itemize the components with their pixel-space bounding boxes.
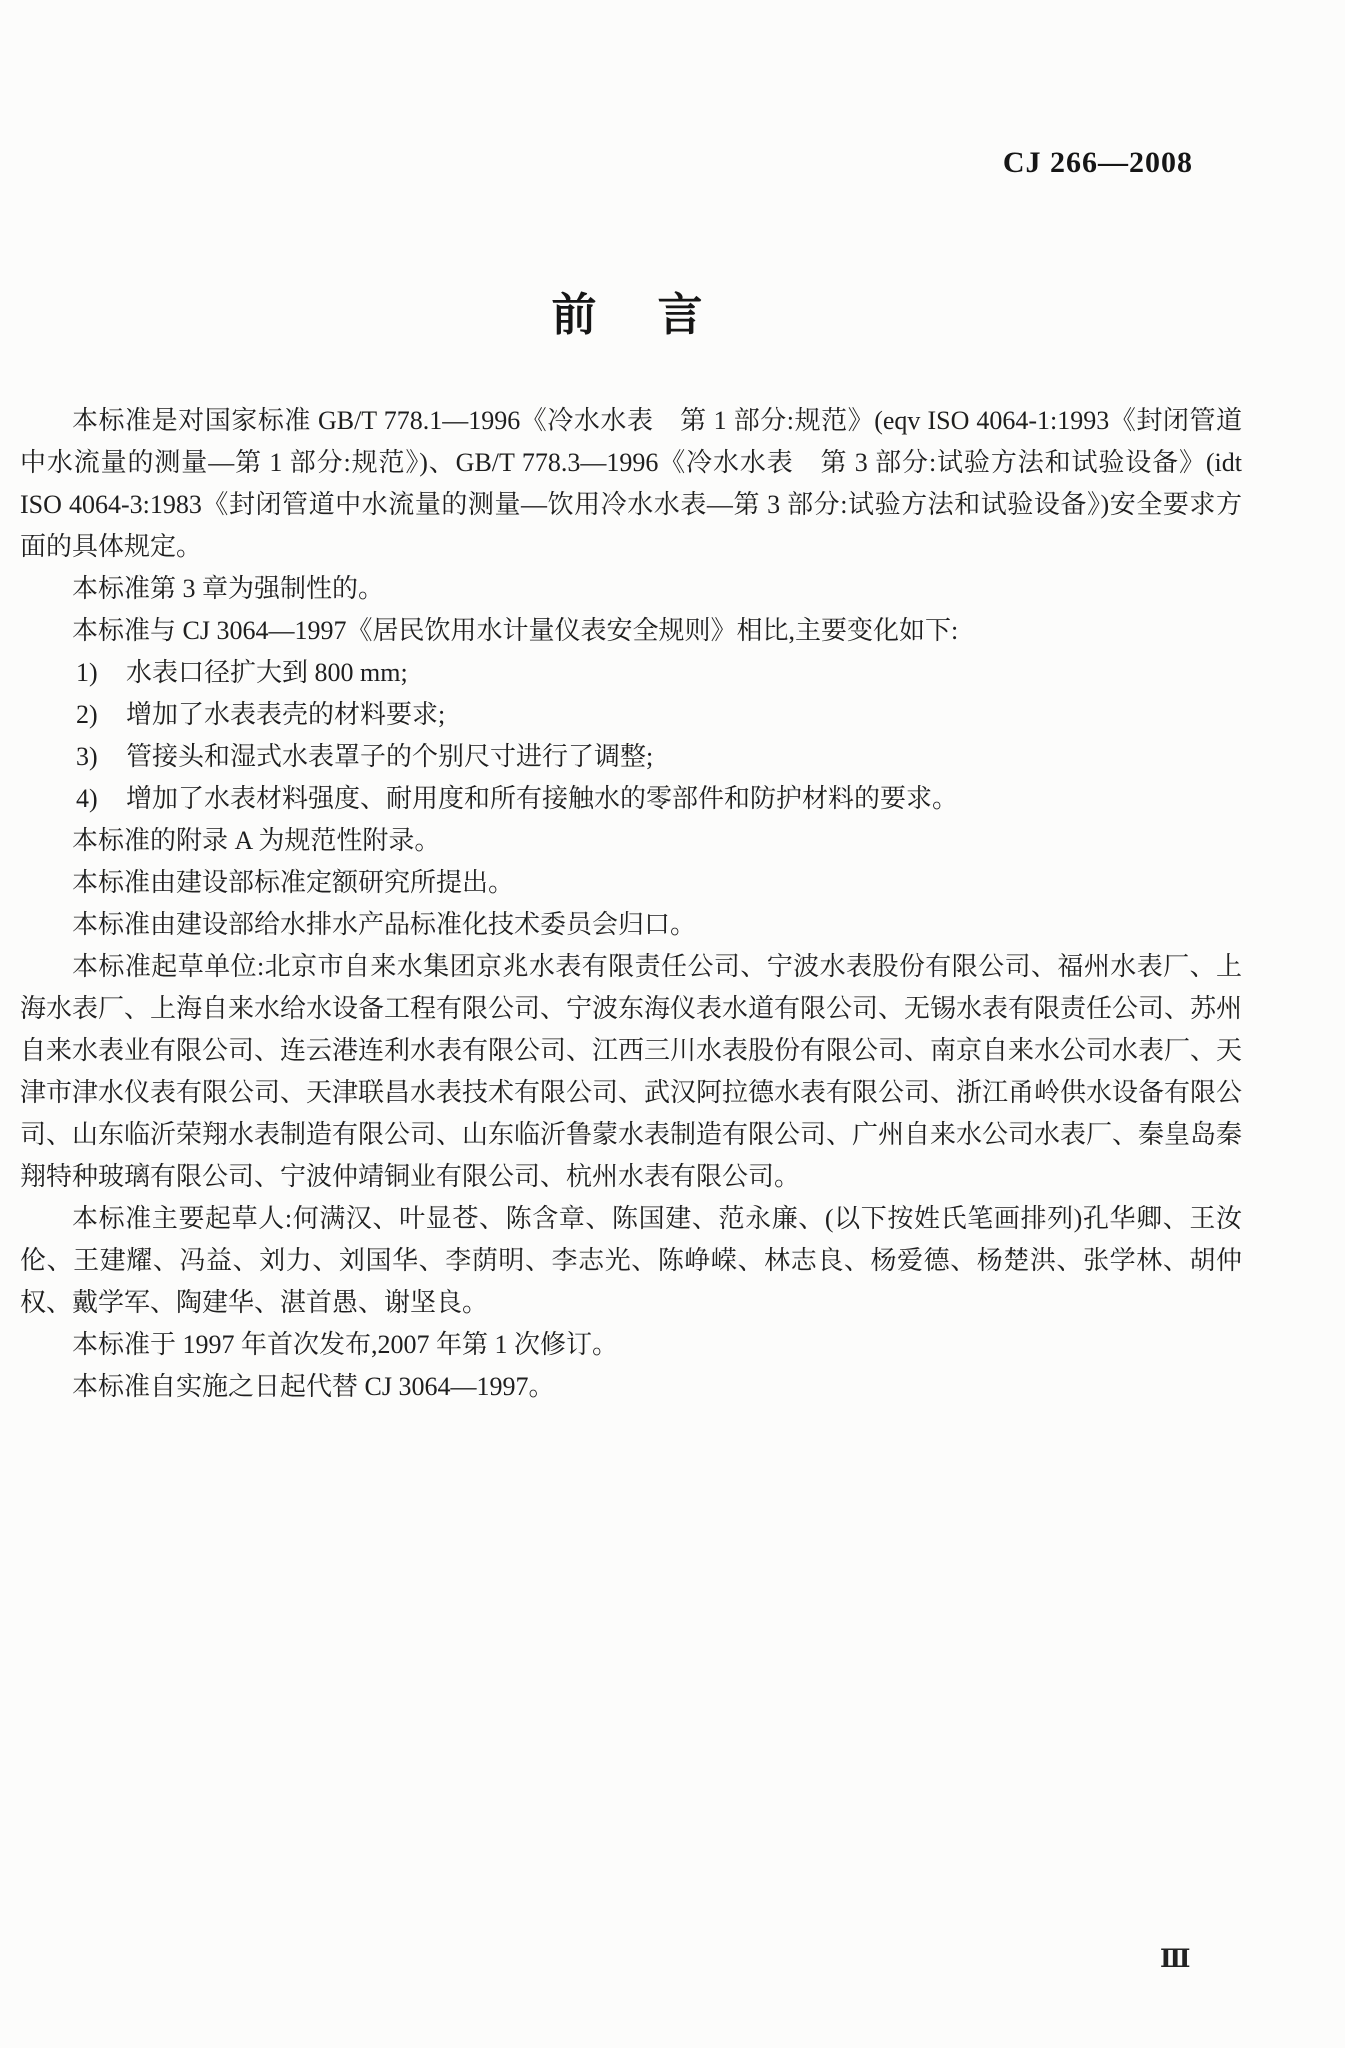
- paragraph-centralized: 本标准由建设部给水排水产品标准化技术委员会归口。: [20, 904, 1242, 946]
- page-number: Ⅲ: [1160, 1944, 1190, 1974]
- list-item-number: 2): [76, 694, 126, 736]
- paragraph-appendix: 本标准的附录 A 为规范性附录。: [20, 820, 1242, 862]
- list-item-number: 1): [76, 652, 126, 694]
- changes-list: 1)水表口径扩大到 800 mm; 2)增加了水表表壳的材料要求; 3)管接头和…: [20, 652, 1242, 820]
- list-item-text: 增加了水表材料强度、耐用度和所有接触水的零部件和防护材料的要求。: [126, 784, 958, 813]
- list-item: 4)增加了水表材料强度、耐用度和所有接触水的零部件和防护材料的要求。: [76, 778, 1242, 820]
- paragraph-intro: 本标准是对国家标准 GB/T 778.1—1996《冷水水表 第 1 部分:规范…: [20, 400, 1242, 568]
- paragraph-mandatory: 本标准第 3 章为强制性的。: [20, 568, 1242, 610]
- list-item: 3)管接头和湿式水表罩子的个别尺寸进行了调整;: [76, 736, 1242, 778]
- standard-code: CJ 266—2008: [1003, 146, 1193, 180]
- list-item-text: 水表口径扩大到 800 mm;: [126, 658, 408, 687]
- paragraph-drafting-orgs: 本标准起草单位:北京市自来水集团京兆水表有限责任公司、宁波水表股份有限公司、福州…: [20, 946, 1242, 1198]
- document-page: CJ 266—2008 前 言 本标准是对国家标准 GB/T 778.1—199…: [0, 0, 1345, 2048]
- list-item: 2)增加了水表表壳的材料要求;: [76, 694, 1242, 736]
- paragraph-replaces: 本标准自实施之日起代替 CJ 3064—1997。: [20, 1366, 1242, 1408]
- paragraph-compare: 本标准与 CJ 3064—1997《居民饮用水计量仪表安全规则》相比,主要变化如…: [20, 610, 1242, 652]
- page-title: 前 言: [20, 278, 1242, 343]
- list-item-text: 增加了水表表壳的材料要求;: [126, 700, 445, 729]
- list-item-number: 3): [76, 736, 126, 778]
- paragraph-proposer: 本标准由建设部标准定额研究所提出。: [20, 862, 1242, 904]
- list-item-number: 4): [76, 778, 126, 820]
- list-item-text: 管接头和湿式水表罩子的个别尺寸进行了调整;: [126, 742, 653, 771]
- paragraph-drafters: 本标准主要起草人:何满汉、叶显苍、陈含章、陈国建、范永廉、(以下按姓氏笔画排列)…: [20, 1198, 1242, 1324]
- foreword-body: 本标准是对国家标准 GB/T 778.1—1996《冷水水表 第 1 部分:规范…: [20, 400, 1242, 1408]
- paragraph-history: 本标准于 1997 年首次发布,2007 年第 1 次修订。: [20, 1324, 1242, 1366]
- list-item: 1)水表口径扩大到 800 mm;: [76, 652, 1242, 694]
